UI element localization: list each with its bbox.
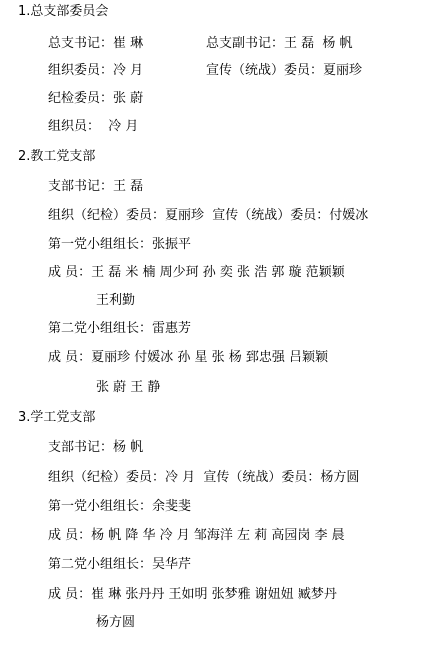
group1-members: 成 员：杨 帆 降 华 冷 月 邹海洋 左 莉 高园岗 李 晨: [48, 528, 345, 544]
group2-members: 成 员：夏丽珍 付媛冰 孙 星 张 杨 郅忠强 吕颖颖: [48, 350, 328, 366]
committee-members: 组织（纪检）委员：夏丽珍 宣传（统战）委员：付媛冰: [48, 208, 368, 224]
organizer: 组织员： 冷 月: [48, 119, 138, 135]
group2-members: 成 员：崔 琳 张丹丹 王如明 张梦雅 谢妞妞 臧梦丹: [48, 587, 337, 603]
group1-leader: 第一党小组组长：余斐斐: [48, 499, 191, 515]
group2-leader: 第二党小组组长：吴华芹: [48, 557, 191, 573]
group1-members-cont: 王利勤: [96, 293, 135, 309]
section-heading-3: 3.学工党支部: [18, 410, 95, 426]
propaganda-member: 宣传（统战）委员：夏丽珍: [206, 63, 362, 79]
group1-members: 成 员：王 磊 米 楠 周少珂 孙 奕 张 浩 郭 璇 范颖颖: [48, 265, 345, 281]
section-heading-1: 1.总支部委员会: [18, 4, 108, 20]
committee-members: 组织（纪检）委员：冷 月 宣传（统战）委员：杨方圆: [48, 470, 359, 486]
group2-leader: 第二党小组组长：雷惠芳: [48, 321, 191, 337]
branch-secretary: 支部书记：杨 帆: [48, 440, 143, 456]
discipline-member: 纪检委员：张 蔚: [48, 91, 143, 107]
group2-members-cont: 杨方圆: [96, 615, 135, 631]
group2-members-cont: 张 蔚 王 静: [96, 380, 160, 396]
general-secretary: 总支书记：崔 琳: [48, 36, 143, 52]
branch-secretary: 支部书记：王 磊: [48, 179, 143, 195]
group1-leader: 第一党小组组长：张振平: [48, 237, 191, 253]
organization-member: 组织委员：冷 月: [48, 63, 143, 79]
section-heading-2: 2.教工党支部: [18, 149, 95, 165]
deputy-secretary: 总支副书记：王 磊 杨 帆: [206, 36, 353, 52]
